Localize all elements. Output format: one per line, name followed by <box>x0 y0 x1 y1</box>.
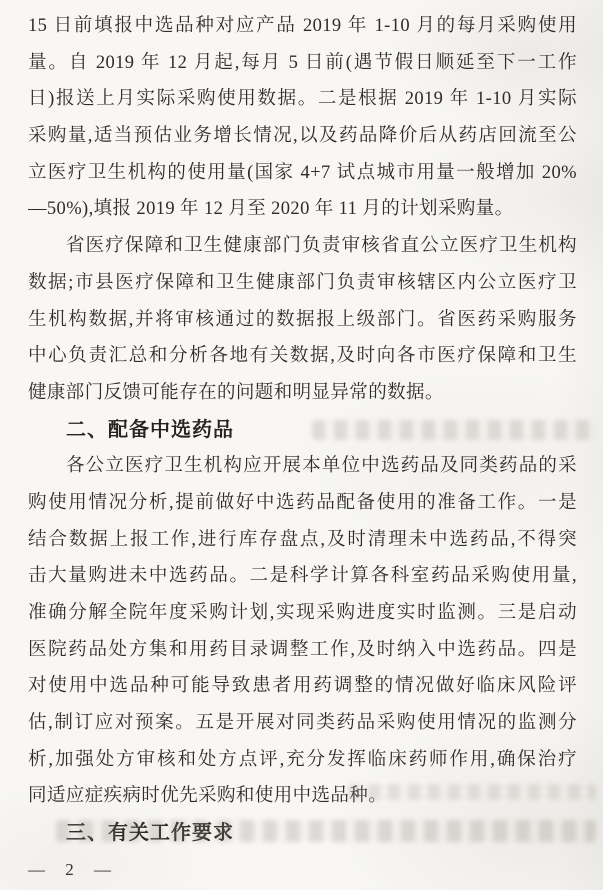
text-line: 日)报送上月实际采购使用数据。二是根据 2019 年 1-10 月实际 <box>28 81 577 118</box>
text-line: 量。自 2019 年 12 月起,每月 5 日前(遇节假日顺延至下一工作 <box>28 45 577 82</box>
page-number: — 2 — <box>28 860 119 880</box>
text-line: 立医疗卫生机构的使用量(国家 4+7 试点城市用量一般增加 20% <box>28 155 577 192</box>
text-line: 医院药品处方集和用药目录调整工作,及时纳入中选药品。四是 <box>28 632 577 669</box>
text-line: 中心负责汇总和分析各地有关数据,及时向各市医疗保障和卫生 <box>28 338 577 375</box>
text-line: 结合数据上报工作,进行库存盘点,及时清理未中选药品,不得突 <box>28 522 577 559</box>
text-line: 击大量购进未中选药品。二是科学计算各科室药品采购使用量, <box>28 558 577 595</box>
text-line: 购使用情况分析,提前做好中选药品配备使用的准备工作。一是 <box>28 485 577 522</box>
text-line: 省医疗保障和卫生健康部门负责审核省直公立医疗卫生机构 <box>28 228 577 265</box>
text-line: 析,加强处方审核和处方点评,充分发挥临床药师作用,确保治疗 <box>28 742 577 779</box>
text-line: 15 日前填报中选品种对应产品 2019 年 1-10 月的每月采购使用 <box>28 8 577 45</box>
text-line: 估,制订应对预案。五是开展对同类药品采购使用情况的监测分 <box>28 705 577 742</box>
text-line: 对使用中选品种可能导致患者用药调整的情况做好临床风险评 <box>28 668 577 705</box>
text-line: 各公立医疗卫生机构应开展本单位中选药品及同类药品的采 <box>28 448 577 485</box>
section-heading: 三、有关工作要求 <box>28 815 577 852</box>
section-heading: 二、配备中选药品 <box>28 412 577 449</box>
text-line: 生机构数据,并将审核通过的数据报上级部门。省医药采购服务 <box>28 302 577 339</box>
text-line: 健康部门反馈可能存在的问题和明显异常的数据。 <box>28 375 577 412</box>
text-block: 15 日前填报中选品种对应产品 2019 年 1-10 月的每月采购使用量。自 … <box>28 8 577 852</box>
text-line: —50%),填报 2019 年 12 月至 2020 年 11 月的计划采购量。 <box>28 191 577 228</box>
text-line: 同适应症疾病时优先采购和使用中选品种。 <box>28 778 577 815</box>
text-line: 采购量,适当预估业务增长情况,以及药品降价后从药店回流至公 <box>28 118 577 155</box>
text-line: 准确分解全院年度采购计划,实现采购进度实时监测。三是启动 <box>28 595 577 632</box>
text-line: 数据;市县医疗保障和卫生健康部门负责审核辖区内公立医疗卫 <box>28 265 577 302</box>
scanned-document-page: 15 日前填报中选品种对应产品 2019 年 1-10 月的每月采购使用量。自 … <box>0 0 603 890</box>
